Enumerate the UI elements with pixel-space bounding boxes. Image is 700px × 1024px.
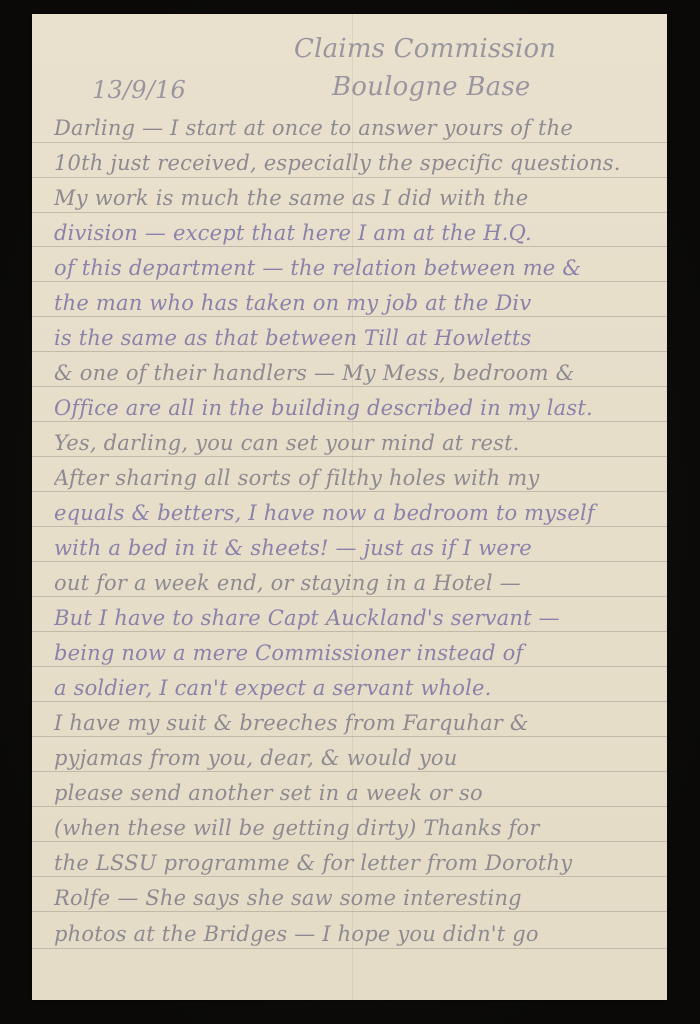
ruled-line bbox=[32, 841, 667, 842]
letter-line: Yes, darling, you can set your mind at r… bbox=[54, 431, 654, 455]
letter-line: equals & betters, I have now a bedroom t… bbox=[54, 501, 654, 525]
letter-line: My work is much the same as I did with t… bbox=[54, 186, 654, 210]
ruled-line bbox=[32, 177, 667, 178]
letter-line: with a bed in it & sheets! — just as if … bbox=[54, 536, 654, 560]
ruled-line bbox=[32, 771, 667, 772]
ruled-line bbox=[32, 246, 667, 247]
ruled-line bbox=[32, 212, 667, 213]
letter-line: 10th just received, especially the speci… bbox=[54, 151, 654, 175]
ruled-line bbox=[32, 421, 667, 422]
ruled-line bbox=[32, 948, 667, 949]
letter-line: please send another set in a week or so bbox=[54, 781, 654, 805]
letter-heading-commission: Claims Commission bbox=[294, 34, 556, 64]
letter-line: a soldier, I can't expect a servant whol… bbox=[54, 676, 654, 700]
letter-heading-location: Boulogne Base bbox=[332, 72, 530, 102]
letter-line: photos at the Bridges — I hope you didn'… bbox=[54, 922, 654, 946]
ruled-line bbox=[32, 806, 667, 807]
letter-page: Claims Commission 13/9/16 Boulogne Base … bbox=[32, 14, 667, 1000]
ruled-line bbox=[32, 351, 667, 352]
document-viewer: Claims Commission 13/9/16 Boulogne Base … bbox=[0, 0, 700, 1024]
ruled-line bbox=[32, 911, 667, 912]
ruled-line bbox=[32, 281, 667, 282]
letter-line: Darling — I start at once to answer your… bbox=[54, 116, 654, 140]
letter-line: being now a mere Commissioner instead of bbox=[54, 641, 654, 665]
letter-line: Office are all in the building described… bbox=[54, 396, 654, 420]
ruled-line bbox=[32, 701, 667, 702]
ruled-line bbox=[32, 386, 667, 387]
ruled-line bbox=[32, 456, 667, 457]
letter-line: (when these will be getting dirty) Thank… bbox=[54, 816, 654, 840]
letter-line: division — except that here I am at the … bbox=[54, 221, 654, 245]
letter-line: & one of their handlers — My Mess, bedro… bbox=[54, 361, 654, 385]
letter-line: is the same as that between Till at Howl… bbox=[54, 326, 654, 350]
letter-date: 13/9/16 bbox=[92, 76, 186, 104]
ruled-line bbox=[32, 736, 667, 737]
letter-line: of this department — the relation betwee… bbox=[54, 256, 654, 280]
ruled-line bbox=[32, 491, 667, 492]
ruled-line bbox=[32, 142, 667, 143]
ruled-line bbox=[32, 526, 667, 527]
ruled-line bbox=[32, 631, 667, 632]
ruled-line bbox=[32, 561, 667, 562]
ruled-line bbox=[32, 666, 667, 667]
letter-line: out for a week end, or staying in a Hote… bbox=[54, 571, 654, 595]
letter-line: After sharing all sorts of filthy holes … bbox=[54, 466, 654, 490]
ruled-line bbox=[32, 876, 667, 877]
letter-line: Rolfe — She says she saw some interestin… bbox=[54, 886, 654, 910]
letter-line: I have my suit & breeches from Farquhar … bbox=[54, 711, 654, 735]
letter-line: But I have to share Capt Auckland's serv… bbox=[54, 606, 654, 630]
letter-line: pyjamas from you, dear, & would you bbox=[54, 746, 654, 770]
letter-line: the man who has taken on my job at the D… bbox=[54, 291, 654, 315]
ruled-line bbox=[32, 596, 667, 597]
letter-line: the LSSU programme & for letter from Dor… bbox=[54, 851, 654, 875]
ruled-line bbox=[32, 316, 667, 317]
